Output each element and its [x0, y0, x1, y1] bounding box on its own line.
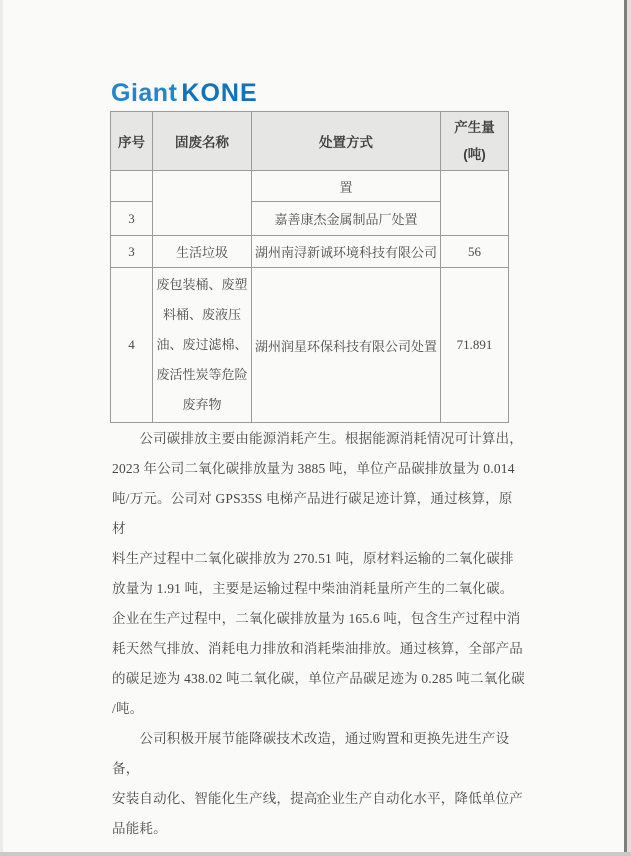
cell-waste-name-3b: 生活垃圾: [153, 236, 252, 268]
cell-disposal-3b: 湖州南浔新诚环境科技有限公司: [252, 236, 441, 268]
col-header-disposal: 处置方式: [252, 112, 441, 171]
document-page: GiantKONE 序号 固废名称 处置方式 产生量 (吨) 置 3: [0, 0, 631, 856]
col-header-waste-name: 固废名称: [153, 112, 252, 171]
cell-waste-name-4: 废包装桶、废塑 料桶、废液压 油、废过滤棉、 废活性炭等危险 废弃物: [153, 268, 252, 423]
cell-amount-3b: 56: [441, 236, 509, 268]
cell-amount-4: 71.891: [441, 268, 509, 423]
col-header-amount: 产生量 (吨): [441, 112, 509, 171]
table-row-continued: 置: [111, 171, 509, 202]
logo-kone-text: KONE: [181, 79, 257, 107]
col-header-serial: 序号: [111, 112, 153, 171]
table-header-row: 序号 固废名称 处置方式 产生量 (吨): [111, 112, 509, 171]
solid-waste-table: 序号 固废名称 处置方式 产生量 (吨) 置 3 嘉善康杰金属制品厂处置 3 生…: [110, 111, 509, 423]
scan-edge-left: [0, 0, 3, 856]
cell-serial-3a: 3: [111, 202, 153, 236]
cell-disposal-continued: 置: [252, 171, 441, 202]
cell-amount-merged-empty: [441, 171, 509, 236]
scan-edge-bottom: [0, 852, 631, 856]
table-row-4: 4 废包装桶、废塑 料桶、废液压 油、废过滤棉、 废活性炭等危险 废弃物 湖州润…: [111, 268, 509, 423]
cell-waste-name-merged-empty: [153, 171, 252, 236]
logo-giant-text: Giant: [111, 79, 177, 107]
cell-serial-3b: 3: [111, 236, 153, 268]
page-number: 7: [112, 791, 526, 806]
cell-disposal-4: 湖州润星环保科技有限公司处置: [252, 268, 441, 423]
cell-serial-empty: [111, 171, 153, 202]
table-row-3b: 3 生活垃圾 湖州南浔新诚环境科技有限公司 56: [111, 236, 509, 268]
scan-edge-right-dark: [624, 0, 627, 856]
cell-disposal-3a: 嘉善康杰金属制品厂处置: [252, 202, 441, 236]
paragraph-energy-saving: 公司积极开展节能降碳技术改造，通过购置和更换先进生产设备， 安装自动化、智能化生…: [112, 724, 526, 844]
paragraph-carbon-emissions: 公司碳排放主要由能源消耗产生。根据能源消耗情况可计算出， 2023 年公司二氧化…: [112, 424, 526, 724]
body-text: 公司碳排放主要由能源消耗产生。根据能源消耗情况可计算出， 2023 年公司二氧化…: [112, 424, 526, 844]
scan-edge-right-light: [627, 0, 631, 856]
cell-serial-4: 4: [111, 268, 153, 423]
giantkone-logo: GiantKONE: [111, 79, 258, 108]
